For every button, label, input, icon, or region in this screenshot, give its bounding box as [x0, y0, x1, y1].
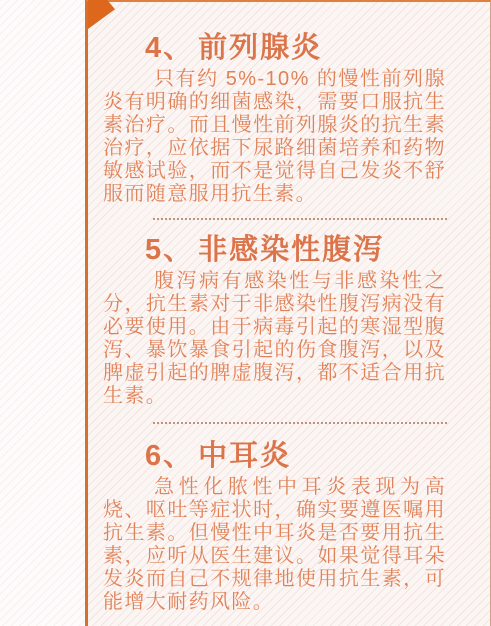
section-number: 5、 [145, 234, 194, 266]
infographic-page: { "page": { "background_color": "#fdfbfc… [0, 0, 491, 626]
section-prostatitis: 4、前列腺炎 只有约 5%-10% 的慢性前列腺炎有明确的细菌感染，需要口服抗生… [103, 30, 446, 206]
section-heading: 5、非感染性腹泻 [145, 232, 446, 268]
content-panel: 4、前列腺炎 只有约 5%-10% 的慢性前列腺炎有明确的细菌感染，需要口服抗生… [85, 0, 491, 626]
section-noninfectious-diarrhea: 5、非感染性腹泻 腹泻病有感染性与非感染性之分，抗生素对于非感染性腹泻病没有必要… [103, 232, 446, 408]
section-body-text: 急性化脓性中耳炎表现为高烧、呕吐等症状时，确实要遵医嘱用抗生素。但慢性中耳炎是否… [103, 476, 446, 614]
section-heading: 6、中耳炎 [145, 438, 446, 474]
section-title: 前列腺炎 [198, 32, 322, 64]
dotted-separator [153, 218, 447, 220]
section-body-text: 只有约 5%-10% 的慢性前列腺炎有明确的细菌感染，需要口服抗生素治疗。而且慢… [103, 68, 446, 206]
section-number: 6、 [145, 440, 194, 472]
folded-corner-decoration [88, 0, 115, 29]
section-otitis-media: 6、中耳炎 急性化脓性中耳炎表现为高烧、呕吐等症状时，确实要遵医嘱用抗生素。但慢… [103, 438, 446, 614]
section-body-text: 腹泻病有感染性与非感染性之分，抗生素对于非感染性腹泻病没有必要使用。由于病毒引起… [103, 270, 446, 408]
section-title: 非感染性腹泻 [198, 234, 384, 266]
section-heading: 4、前列腺炎 [145, 30, 446, 66]
section-title: 中耳炎 [198, 440, 291, 472]
section-number: 4、 [145, 32, 194, 64]
dotted-separator [153, 422, 447, 424]
